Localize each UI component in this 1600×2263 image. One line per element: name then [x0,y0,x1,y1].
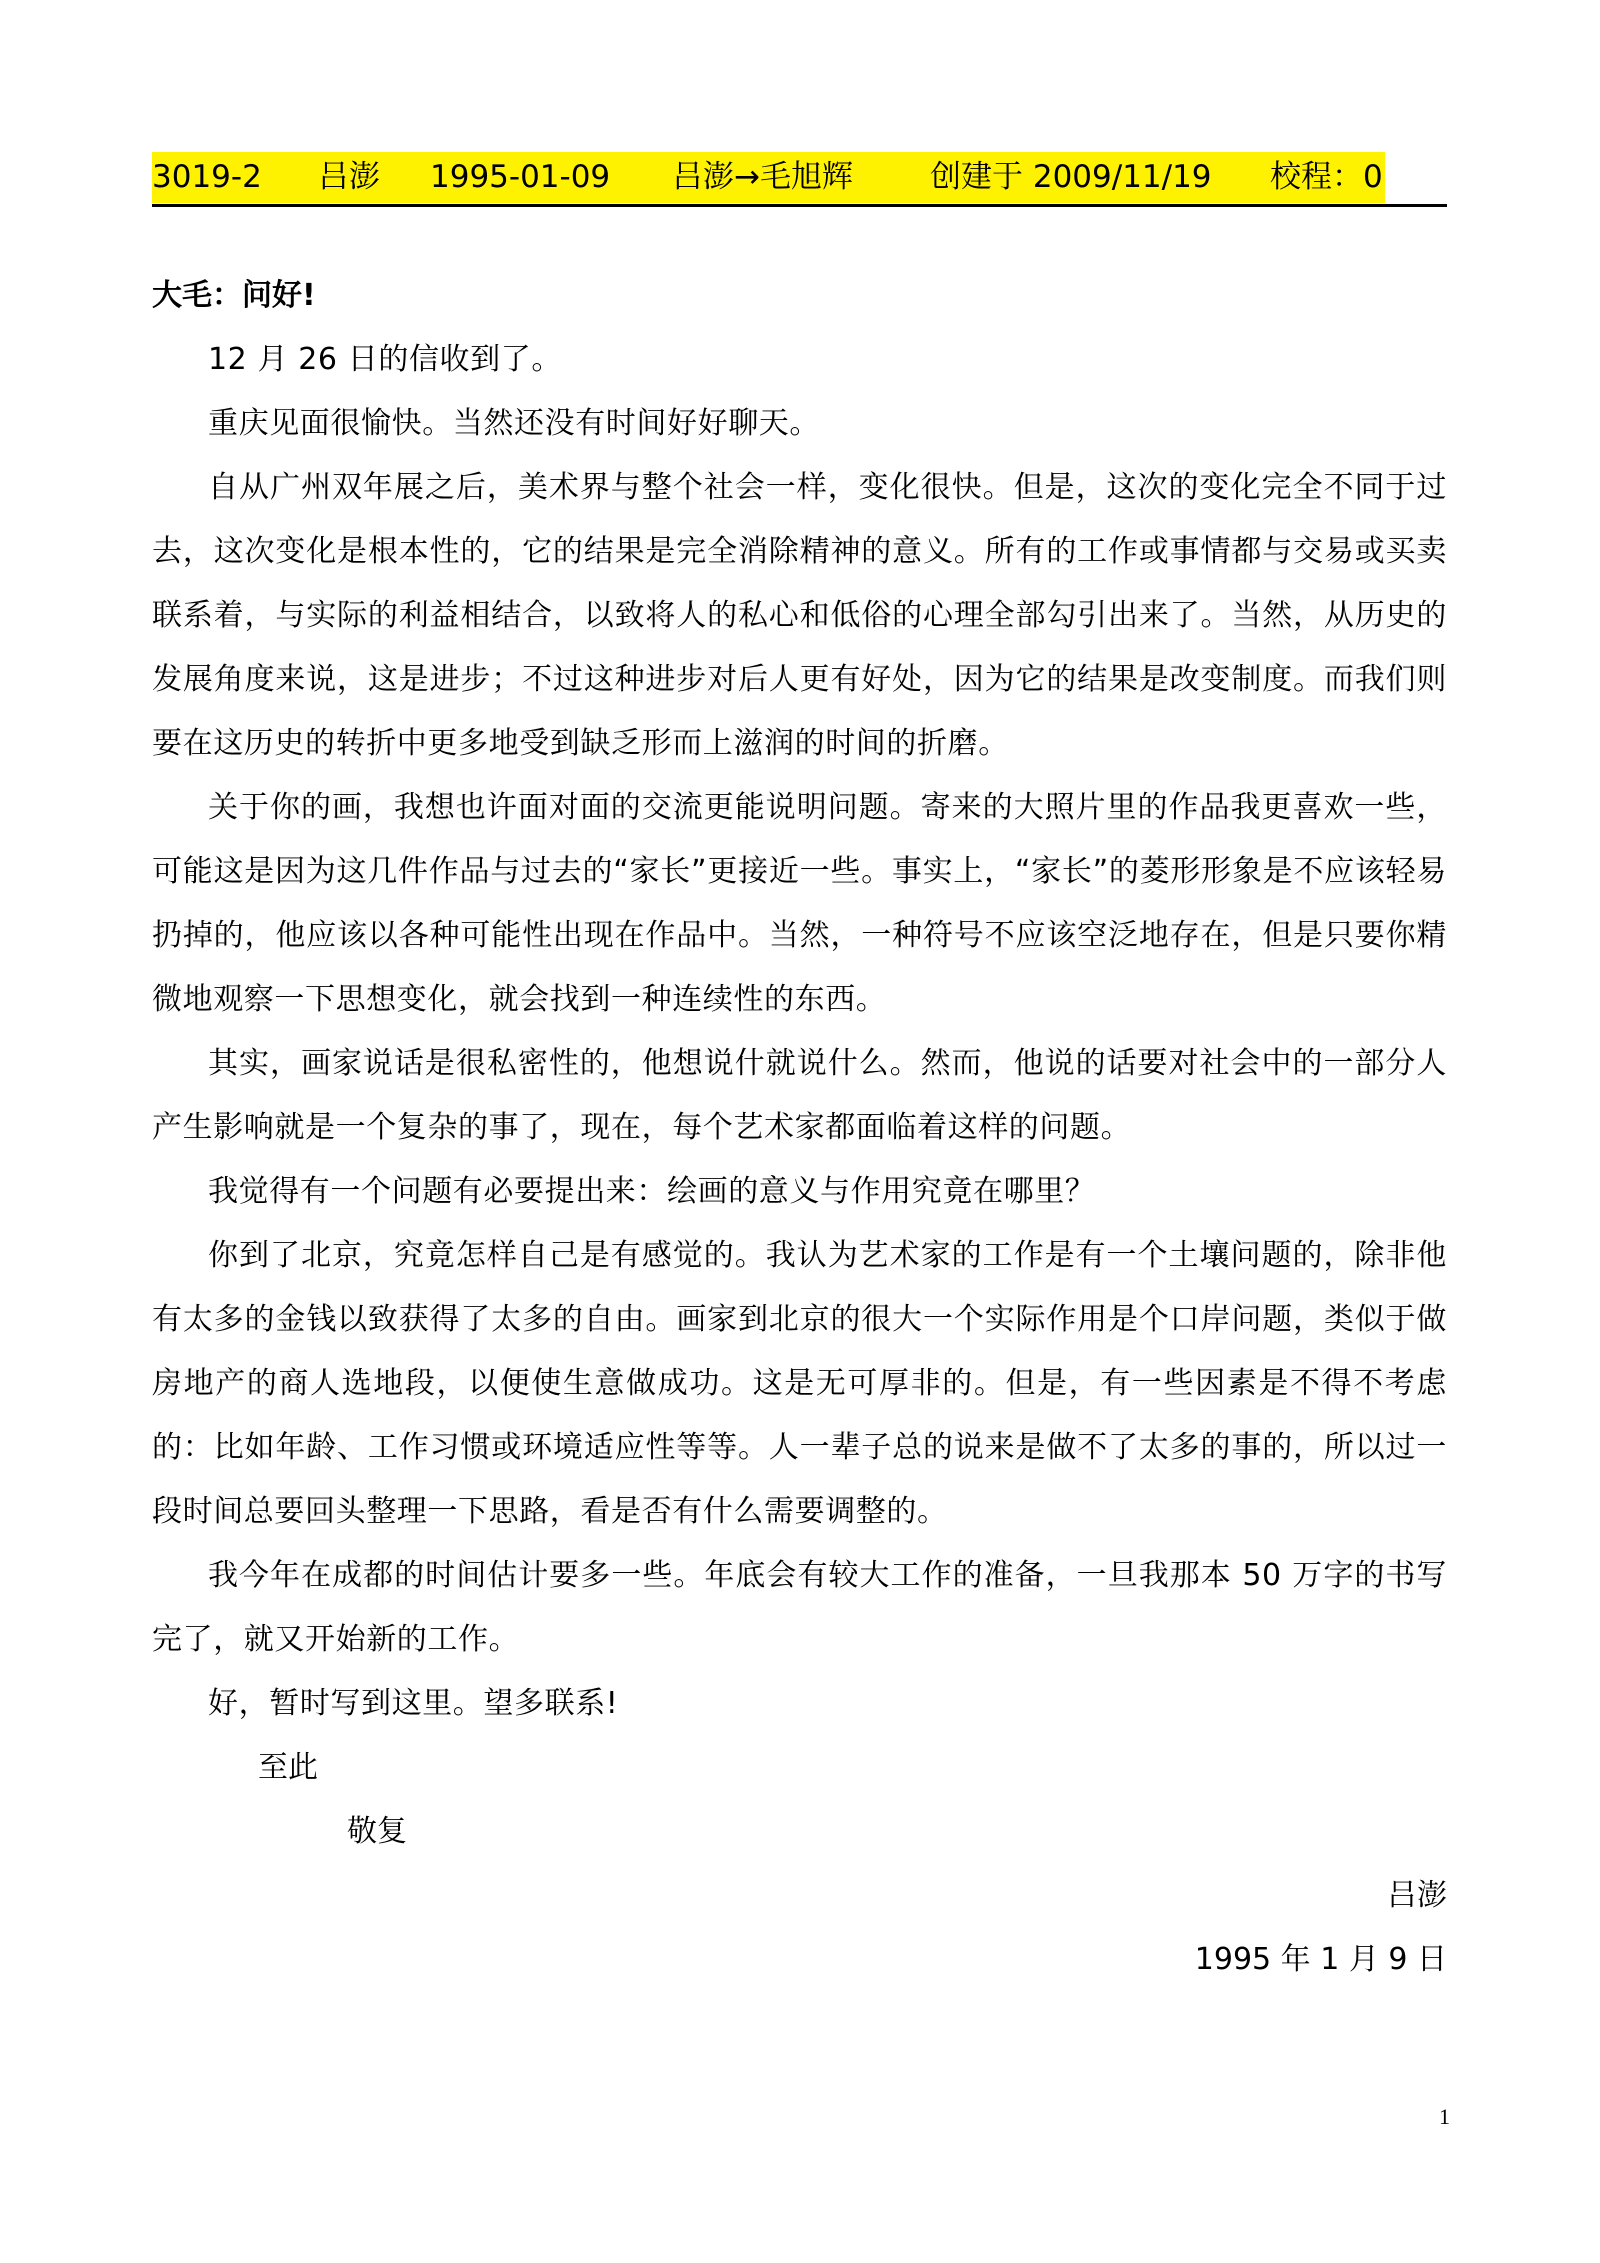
paragraph: 关于你的画，我想也许面对面的交流更能说明问题。寄来的大照片里的作品我更喜欢一些，… [152,776,1447,1032]
header-date: 1995-01-09 [430,152,610,203]
paragraph: 自从广州双年展之后，美术界与整个社会一样，变化很快。但是，这次的变化完全不同于过… [152,456,1447,776]
doc-id: 3019-2 [152,152,262,203]
salutation: 大毛：问好! [152,264,1447,328]
header-rule [152,204,1447,207]
header-direction: 吕澎→毛旭辉 [672,152,853,203]
paragraph: 我今年在成都的时间估计要多一些。年底会有较大工作的准备，一旦我那本 50 万字的… [152,1544,1447,1672]
paragraph: 其实，画家说话是很私密性的，他想说什就说什么。然而，他说的话要对社会中的一部分人… [152,1032,1447,1160]
header-author: 吕澎 [318,152,380,203]
document-header: 3019-2 吕澎 1995-01-09 吕澎→毛旭辉 创建于 2009/11/… [152,152,1447,203]
page-number: 1 [1439,2104,1450,2130]
signature-date: 1995 年 1 月 9 日 [152,1928,1447,1992]
paragraph: 我觉得有一个问题有必要提出来：绘画的意义与作用究竟在哪里？ [152,1160,1447,1224]
signature: 吕澎 [152,1864,1447,1928]
letter-body: 大毛：问好! 12 月 26 日的信收到了。 重庆见面很愉快。当然还没有时间好好… [152,264,1447,1992]
paragraph: 好，暂时写到这里。望多联系! [152,1672,1447,1736]
paragraph: 你到了北京，究竟怎样自己是有感觉的。我认为艺术家的工作是有一个土壤问题的，除非他… [152,1224,1447,1544]
closing-phrase: 至此 [152,1736,1447,1800]
closing-regards: 敬复 [152,1800,1447,1864]
paragraph: 12 月 26 日的信收到了。 [152,328,1447,392]
header-created: 创建于 2009/11/19 [930,152,1212,203]
header-proofread: 校程：0 [1270,152,1383,203]
paragraph: 重庆见面很愉快。当然还没有时间好好聊天。 [152,392,1447,456]
document-page: 3019-2 吕澎 1995-01-09 吕澎→毛旭辉 创建于 2009/11/… [152,0,1447,2263]
